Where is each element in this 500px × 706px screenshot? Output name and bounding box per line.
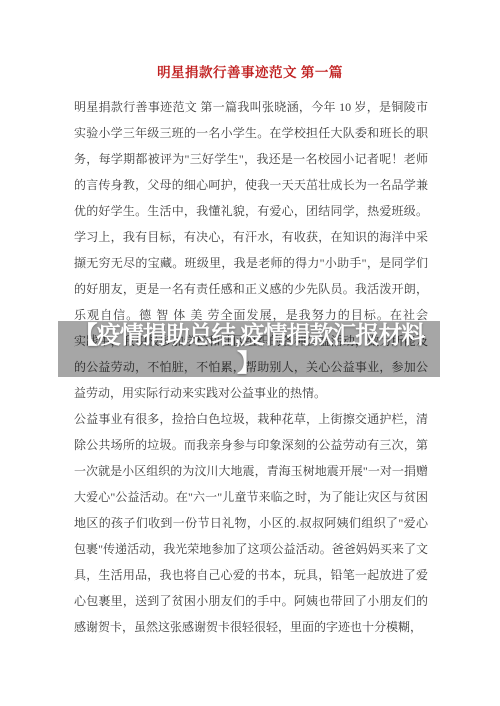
watermark-banner-closing-bracket: 】 bbox=[58, 351, 440, 377]
doc-line: 大爱心"公益活动。在"六一"儿童节来临之时，为了能让灾区与贫困 bbox=[74, 484, 428, 510]
doc-line: 优的好学生。生活中，我懂礼貌，有爱心，团结同学，热爱班级。 bbox=[74, 198, 428, 224]
doc-line: 学习上，我有目标，有决心，有汗水，有收获，在知识的海洋中采 bbox=[74, 224, 428, 250]
doc-line: 公益事业有很多，捡拾白色垃圾，栽种花草，上街擦交通护栏，清 bbox=[74, 406, 428, 432]
watermark-banner-overlay: 【疫情捐助总结,疫情捐款汇报材料 】 bbox=[58, 321, 440, 377]
doc-line: 感谢贺卡，虽然这张感谢贺卡很轻很轻，里面的字迹也十分模糊， bbox=[74, 614, 428, 640]
doc-line: 心包裹里，送到了贫困小朋友们的手中。阿姨也带回了小朋友们的 bbox=[74, 588, 428, 614]
document-page: 明星捐款行善事迹范文 第一篇 明星捐款行善事迹范文 第一篇我叫张晓涵，今年 10… bbox=[0, 0, 500, 706]
doc-line: 包裹"传递活动，我光荣地参加了这项公益活动。爸爸妈妈买来了文 bbox=[74, 536, 428, 562]
doc-line: 除公共场所的垃圾。而我亲身参与印象深刻的公益劳动有三次，第 bbox=[74, 432, 428, 458]
doc-line: 的言传身教，父母的细心呵护，使我一天天茁壮成长为一名品学兼 bbox=[74, 172, 428, 198]
doc-line: 实验小学三年级三班的一名小学生。在学校担任大队委和班长的职 bbox=[74, 120, 428, 146]
doc-line: 一次就是小区组织的为汶川大地震，青海玉树地震开展"一对一捐赠 bbox=[74, 458, 428, 484]
doc-line: 具，生活用品，我也将自己心爱的书本，玩具，铅笔一起放进了爱 bbox=[74, 562, 428, 588]
doc-line: 的好朋友，更是一名有责任感和正义感的少先队员。我活泼开朗， bbox=[74, 276, 428, 302]
doc-line: 益劳动，用实际行动来实践对公益事业的热情。 bbox=[74, 380, 428, 406]
watermark-banner-text: 【疫情捐助总结,疫情捐款汇报材料 bbox=[58, 321, 440, 351]
doc-line: 地区的孩子们收到一份节日礼物，小区的.叔叔阿姨们组织了"爱心 bbox=[74, 510, 428, 536]
doc-line: 撷无穷无尽的宝藏。班级里，我是老师的得力"小助手"，是同学们 bbox=[74, 250, 428, 276]
doc-line: 明星捐款行善事迹范文 第一篇我叫张晓涵，今年 10 岁，是铜陵市 bbox=[74, 94, 428, 120]
document-title: 明星捐款行善事迹范文 第一篇 bbox=[0, 61, 500, 81]
doc-line: 务，每学期都被评为"三好学生"，我还是一名校园小记者呢！老师 bbox=[74, 146, 428, 172]
